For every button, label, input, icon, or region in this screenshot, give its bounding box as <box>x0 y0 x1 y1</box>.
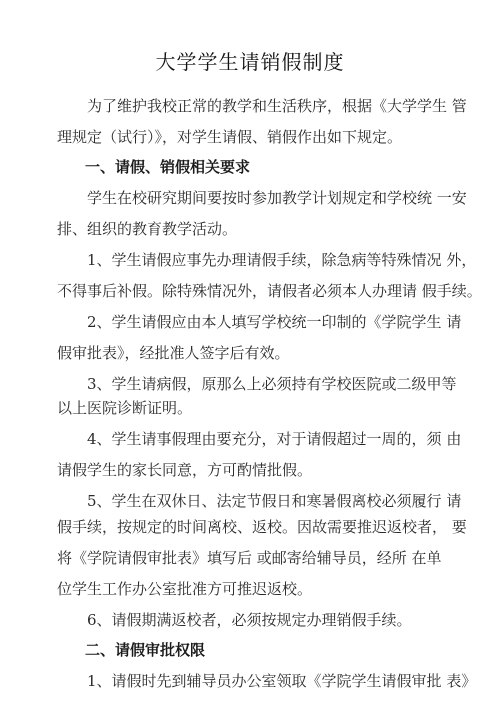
text-line: 假审批表》，经批准人签字后有效。 <box>57 344 290 362</box>
text-line: 5、学生在双休日、法定节假日和寒暑假离校必须履行 请 <box>87 492 461 510</box>
text-line: 假手续，按规定的时间离校、返校。因故需要推迟返校者， 要 <box>57 518 467 536</box>
text-line: 排、组织的教育教学活动。 <box>57 220 237 238</box>
section-heading: 一、请假、销假相关要求 <box>85 158 250 176</box>
text-line: 将《学院请假审批表》填写后 或邮寄给辅导员，经所 在单 <box>57 549 442 567</box>
text-line: 请假学生的家长同意，方可酌情批假。 <box>57 461 312 479</box>
text-line: 1、请假时先到辅导员办公室领取《学院学生请假审批 表》 <box>87 672 476 690</box>
text-line: 6、请假期满返校者，必须按规定办理销假手续。 <box>87 611 412 629</box>
text-line: 为了维护我校正常的教学和生活秩序，根据《大学学生 管 <box>87 97 467 115</box>
text-line: 2、学生请假应由本人填写学校统一印制的《学院学生 请 <box>87 313 461 331</box>
text-line: 学生在校研究期间要按时参加教学计划规定和学校统 一安 <box>87 189 467 207</box>
document-title: 大学学生请销假制度 <box>0 46 500 75</box>
text-line: 3、学生请病假，原那么上必须持有学校医院或二级甲等 <box>87 375 457 393</box>
text-line: 位学生工作办公室批准方可推迟返校。 <box>57 580 312 598</box>
text-line: 理规定（试行）》，对学生请假、销假作出如下规定。 <box>57 128 402 146</box>
text-line: 不得事后补假。除特殊情况外，请假者必须本人办理请 假手续。 <box>57 282 482 300</box>
text-line: 1、学生请假应事先办理请假手续，除急病等特殊情况 外， <box>87 251 476 269</box>
section-heading: 二、请假审批权限 <box>85 641 205 659</box>
text-line: 4、学生请事假理由要充分，对于请假超过一周的，须 由 <box>87 430 461 448</box>
text-line: 以上医院诊断证明。 <box>57 399 192 417</box>
